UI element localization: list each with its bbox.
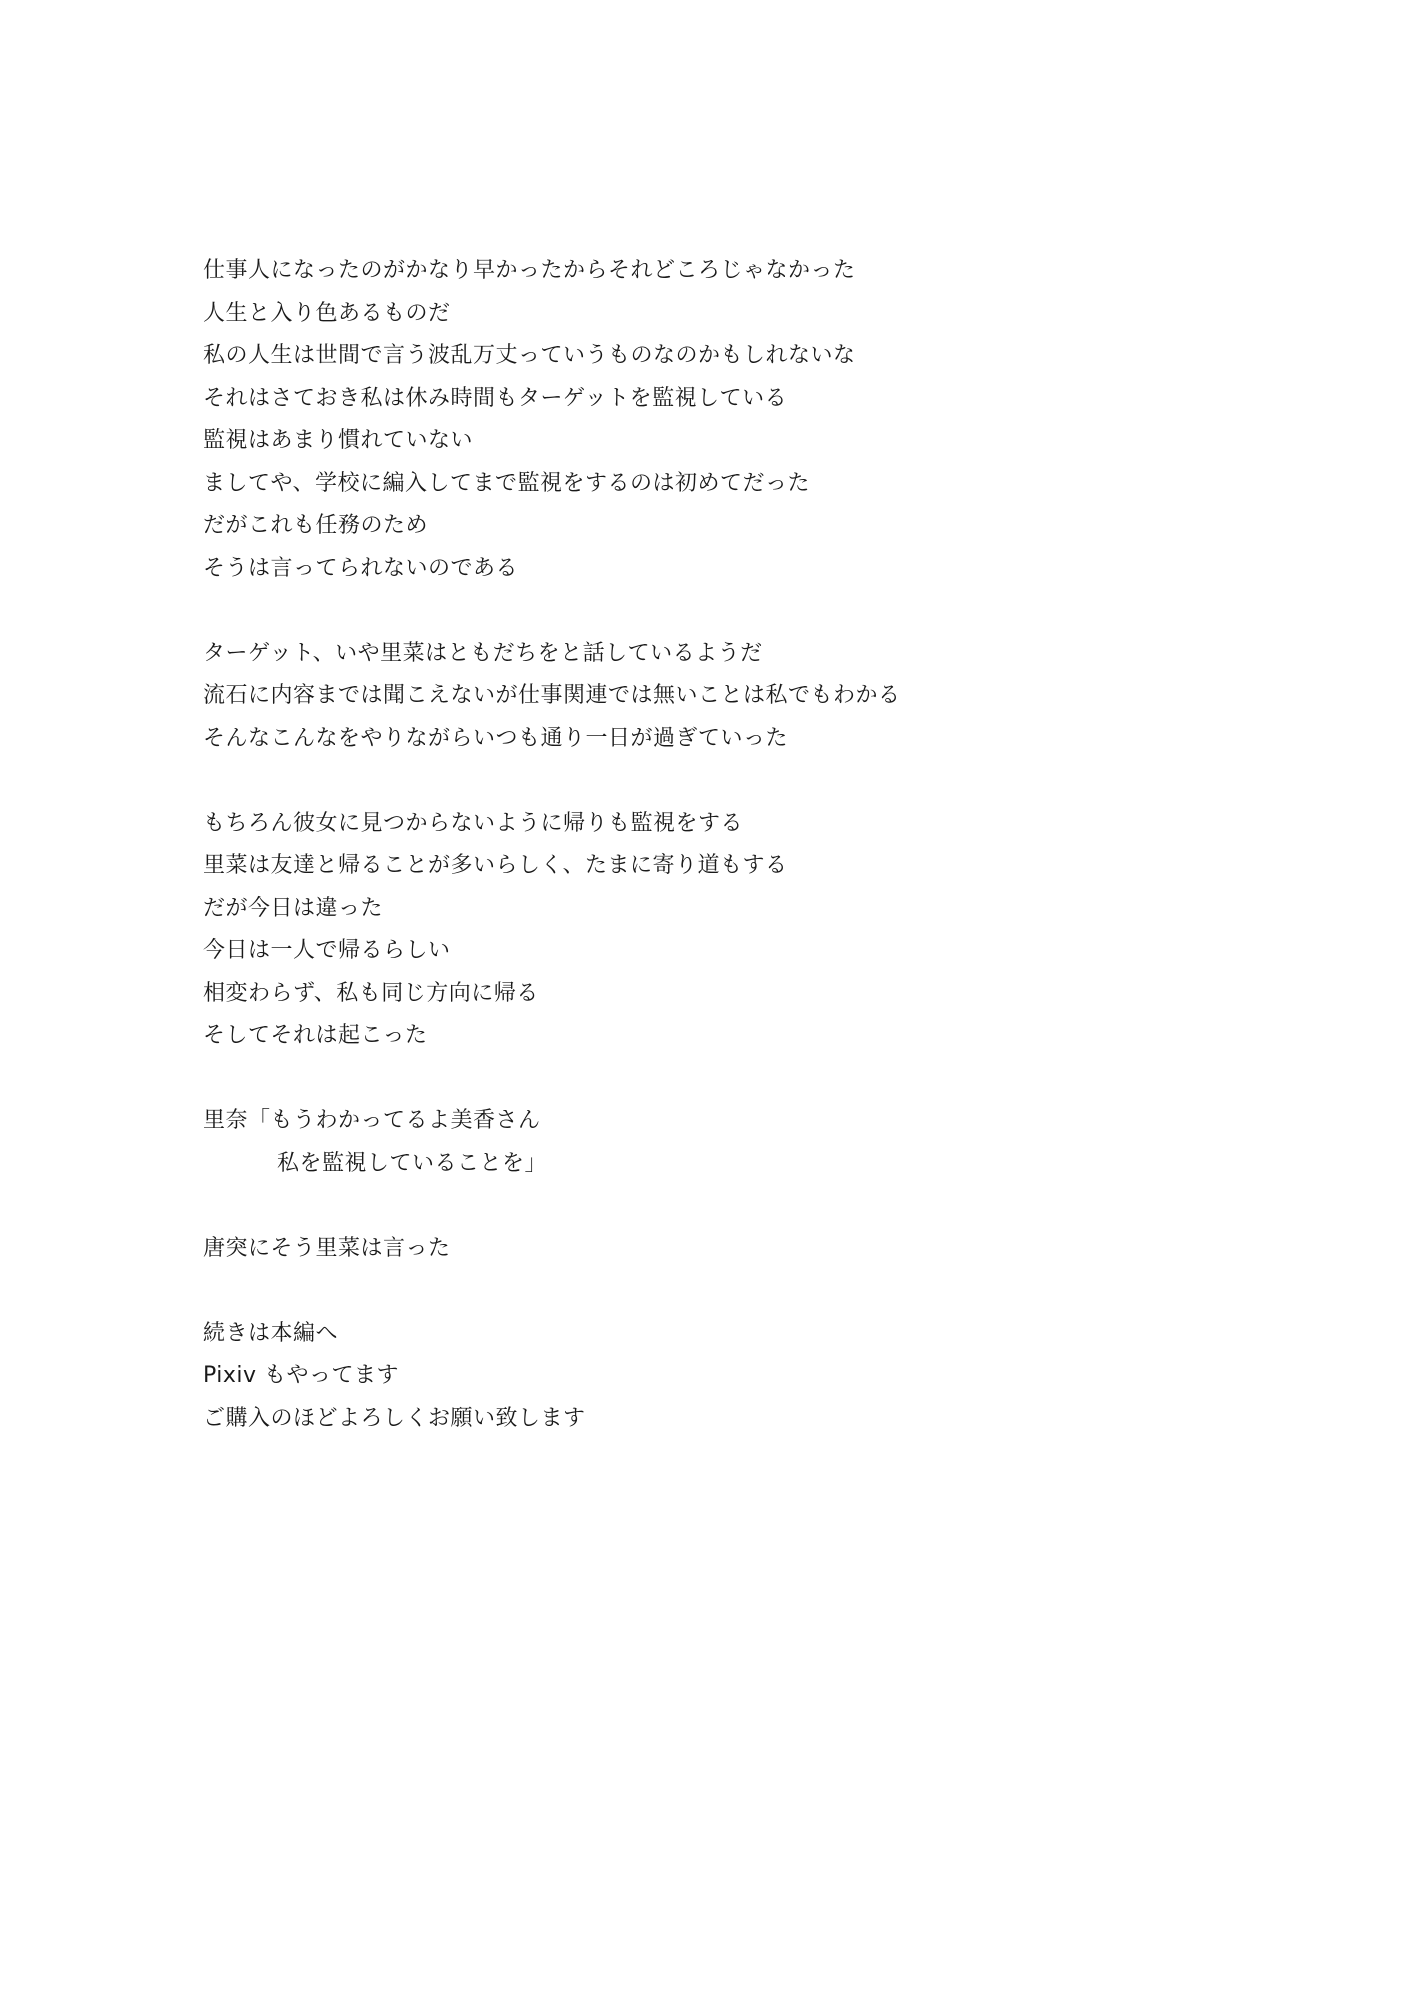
text-line: そしてそれは起こった — [203, 1015, 1203, 1058]
text-line: ましてや、学校に編入してまで監視をするのは初めてだった — [203, 463, 1203, 506]
text-line: 監視はあまり慣れていない — [203, 420, 1203, 463]
paragraph-5: 唐突にそう里菜は言った — [203, 1228, 1203, 1271]
text-line: Pixiv もやってます — [203, 1355, 1203, 1398]
text-line: 里菜は友達と帰ることが多いらしく、たまに寄り道もする — [203, 845, 1203, 888]
document-page: 仕事人になったのがかなり早かったからそれどころじゃなかった 人生と入り色あるもの… — [203, 250, 1203, 1440]
paragraph-2: ターゲット、いや里菜はともだちをと話しているようだ 流石に内容までは聞こえないが… — [203, 633, 1203, 761]
dialogue-line: 里奈「もうわかってるよ美香さん — [203, 1100, 1203, 1143]
text-line: そうは言ってられないのである — [203, 548, 1203, 591]
dialogue-block: 里奈「もうわかってるよ美香さん 私を監視していることを」 — [203, 1100, 1203, 1185]
paragraph-3: もちろん彼女に見つからないように帰りも監視をする 里菜は友達と帰ることが多いらし… — [203, 803, 1203, 1058]
text-line: だが今日は違った — [203, 888, 1203, 931]
text-line: 流石に内容までは聞こえないが仕事関連では無いことは私でもわかる — [203, 675, 1203, 718]
dialogue-line-continued: 私を監視していることを」 — [203, 1143, 1203, 1186]
blank-line — [203, 1058, 1203, 1101]
blank-line — [203, 760, 1203, 803]
text-line: もちろん彼女に見つからないように帰りも監視をする — [203, 803, 1203, 846]
text-line: だがこれも任務のため — [203, 505, 1203, 548]
text-line: そんなこんなをやりながらいつも通り一日が過ぎていった — [203, 718, 1203, 761]
text-line: 私の人生は世間で言う波乱万丈っていうものなのかもしれないな — [203, 335, 1203, 378]
text-line: 続きは本編へ — [203, 1313, 1203, 1356]
text-line: ターゲット、いや里菜はともだちをと話しているようだ — [203, 633, 1203, 676]
closing-note: 続きは本編へ Pixiv もやってます ご購入のほどよろしくお願い致します — [203, 1313, 1203, 1441]
text-line: 人生と入り色あるものだ — [203, 293, 1203, 336]
paragraph-1: 仕事人になったのがかなり早かったからそれどころじゃなかった 人生と入り色あるもの… — [203, 250, 1203, 590]
text-line: それはさておき私は休み時間もターゲットを監視している — [203, 378, 1203, 421]
text-line: ご購入のほどよろしくお願い致します — [203, 1398, 1203, 1441]
text-line: 仕事人になったのがかなり早かったからそれどころじゃなかった — [203, 250, 1203, 293]
blank-line — [203, 1185, 1203, 1228]
blank-line — [203, 590, 1203, 633]
blank-line — [203, 1270, 1203, 1313]
text-line: 相変わらず、私も同じ方向に帰る — [203, 973, 1203, 1016]
text-line: 今日は一人で帰るらしい — [203, 930, 1203, 973]
text-line: 唐突にそう里菜は言った — [203, 1228, 1203, 1271]
